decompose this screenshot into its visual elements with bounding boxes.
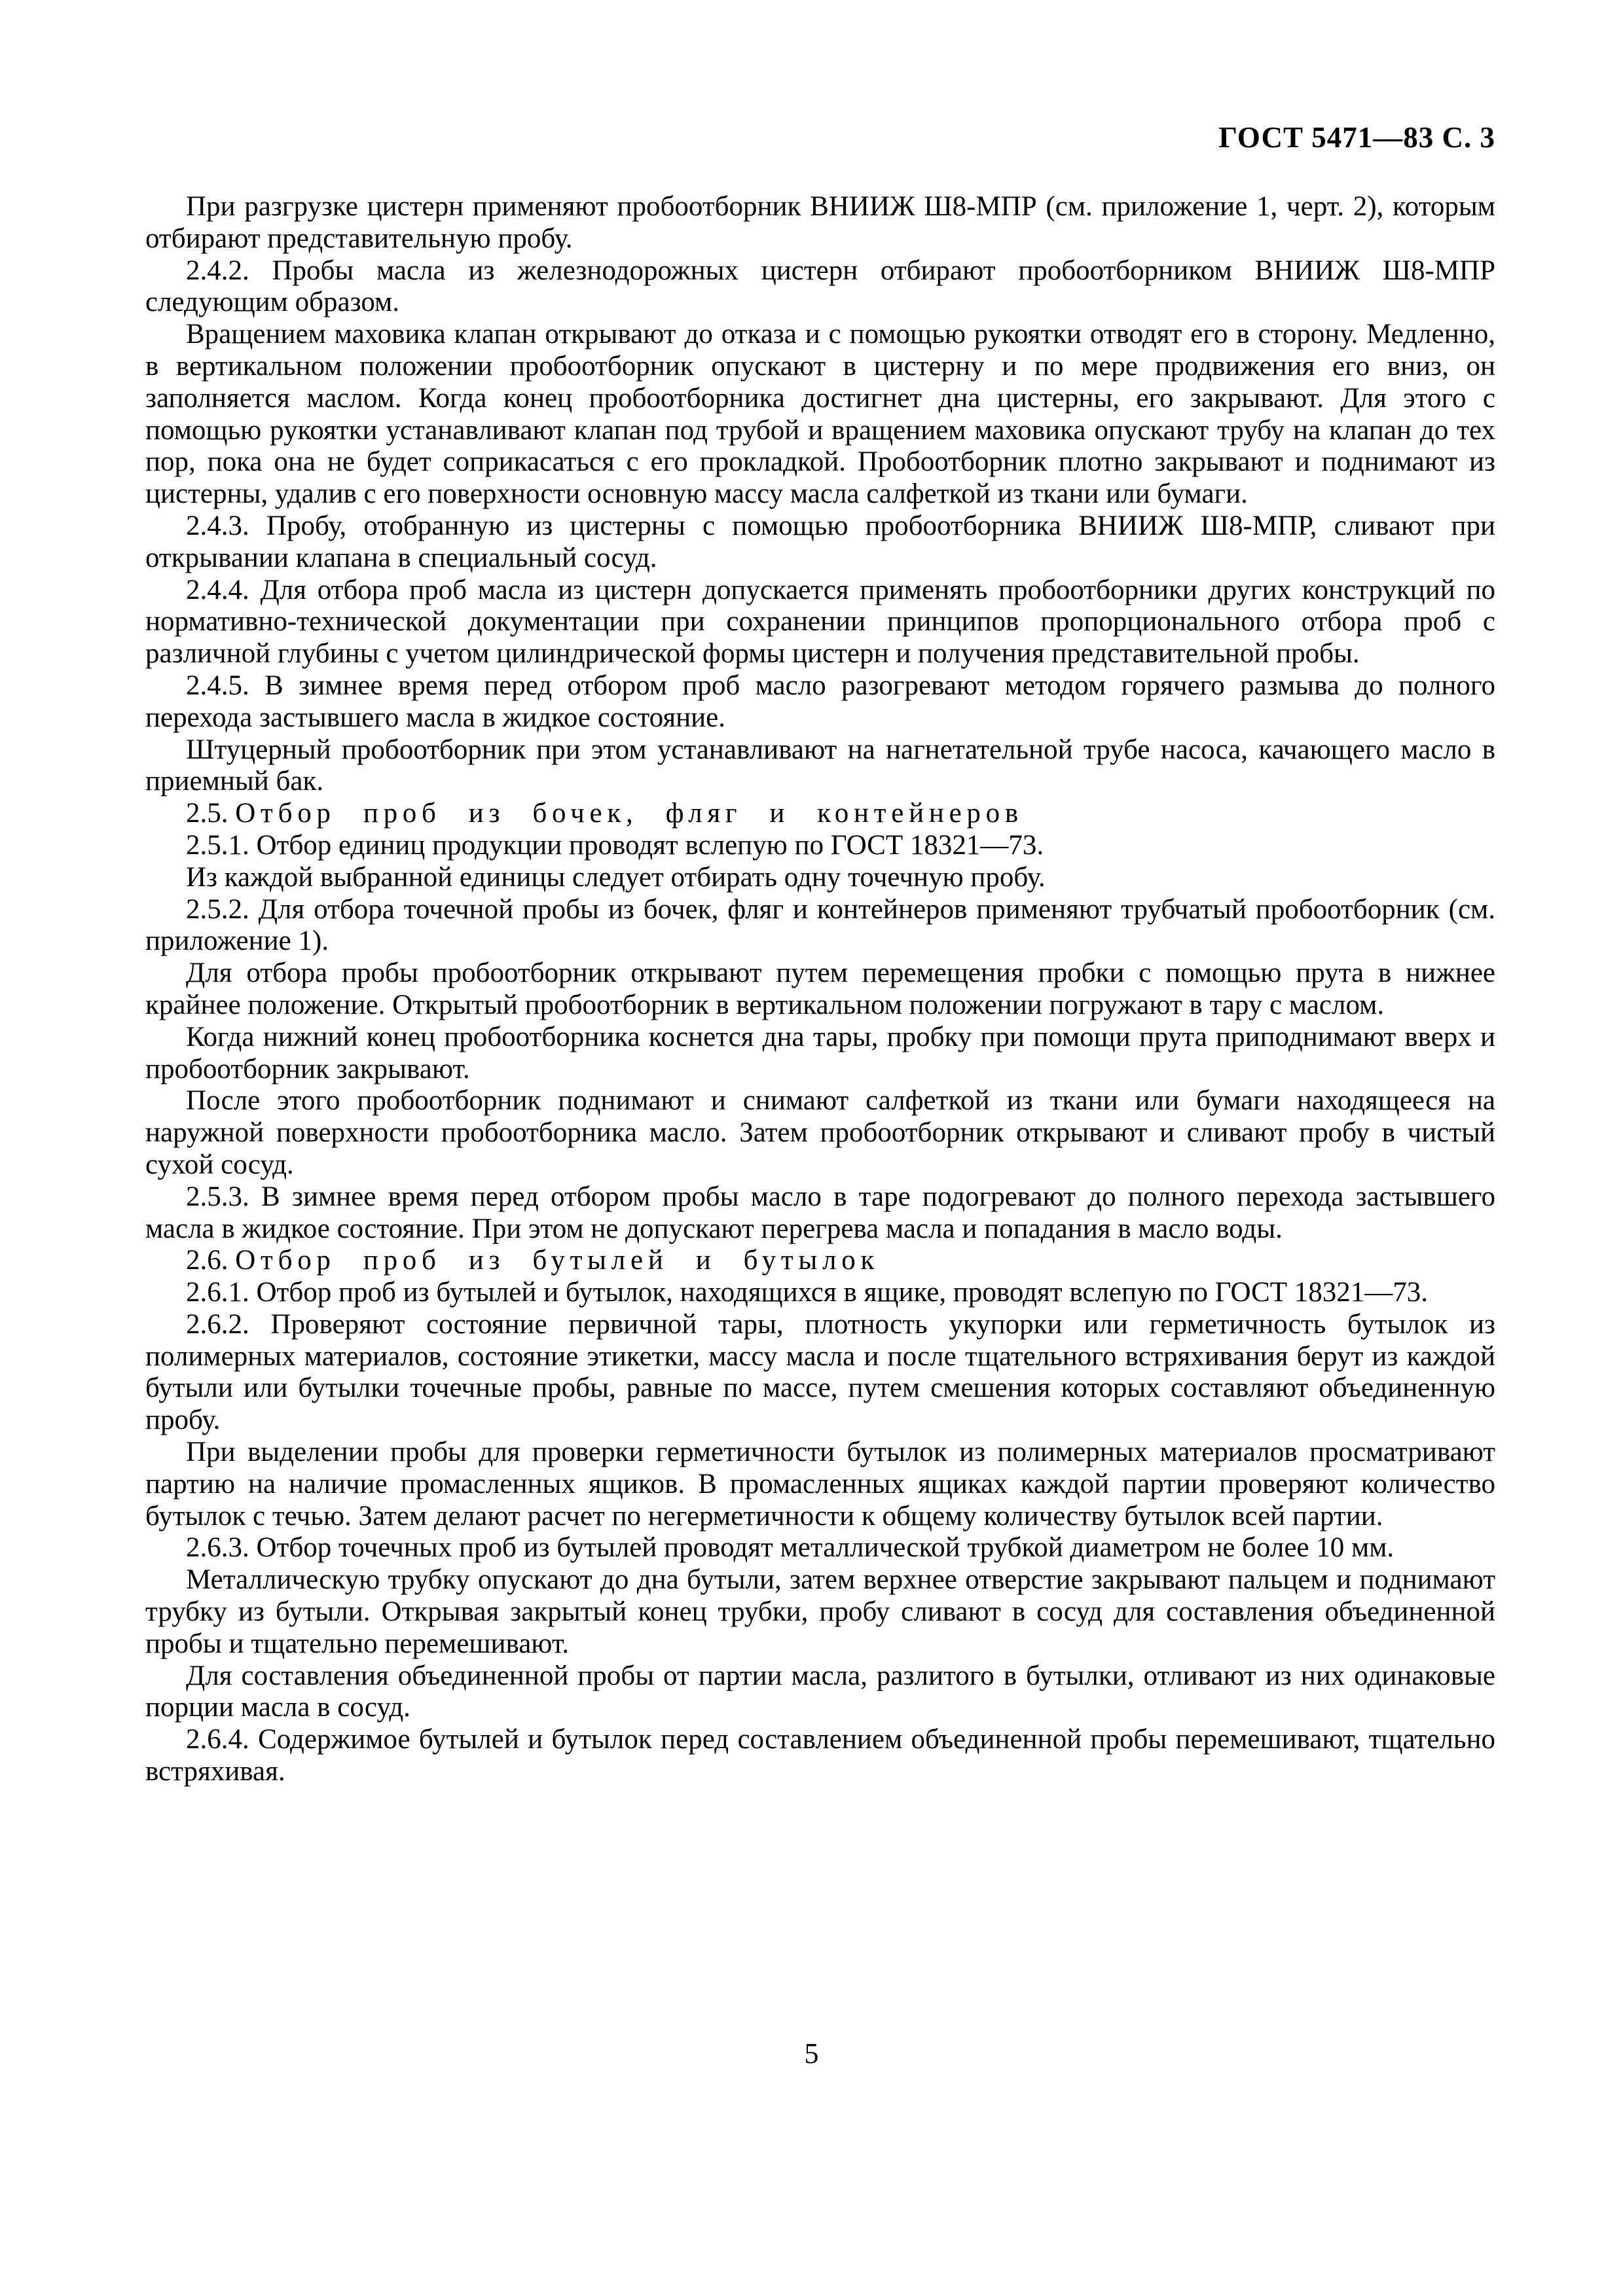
paragraph: Когда нижний конец пробоотборника коснет…: [145, 1022, 1495, 1086]
paragraph: После этого пробоотборник поднимают и сн…: [145, 1085, 1495, 1181]
paragraph: Для составления объединенной пробы от па…: [145, 1660, 1495, 1725]
paragraph: Металлическую трубку опускают до дна бут…: [145, 1564, 1495, 1660]
section-title: Отбор проб из бочек, фляг и контейнеров: [235, 798, 1023, 829]
paragraph: 2.5.2. Для отбора точечной пробы из боче…: [145, 894, 1495, 958]
paragraph: Штуцерный пробоотборник при этом устанав…: [145, 734, 1495, 798]
section-number: 2.6.: [186, 1245, 228, 1276]
document-page: ГОСТ 5471—83 С. 3 При разгрузке цистерн …: [0, 0, 1623, 2296]
document-body: При разгрузке цистерн применяют пробоотб…: [145, 191, 1495, 1788]
paragraph: 2.4.3. Пробу, отобранную из цистерны с п…: [145, 511, 1495, 575]
paragraph: Из каждой выбранной единицы следует отби…: [145, 862, 1495, 894]
document-header-standard-number: ГОСТ 5471—83 С. 3: [145, 120, 1495, 154]
paragraph: 2.6.2. Проверяют состояние первичной тар…: [145, 1309, 1495, 1437]
section-title: Отбор проб из бутылей и бутылок: [235, 1245, 879, 1276]
paragraph: 2.4.4. Для отбора проб масла из цистерн …: [145, 575, 1495, 670]
page-number: 5: [0, 2037, 1623, 2070]
paragraph: 2.4.5. В зимнее время перед отбором проб…: [145, 670, 1495, 734]
paragraph: При разгрузке цистерн применяют пробоотб…: [145, 191, 1495, 255]
paragraph: Для отбора пробы пробоотборник открывают…: [145, 958, 1495, 1022]
paragraph: Вращением маховика клапан открывают до о…: [145, 319, 1495, 511]
paragraph: 2.6.3. Отбор точечных проб из бутылей пр…: [145, 1532, 1495, 1564]
section-heading: 2.5. Отбор проб из бочек, фляг и контейн…: [145, 798, 1495, 830]
paragraph: 2.5.3. В зимнее время перед отбором проб…: [145, 1181, 1495, 1246]
paragraph: 2.5.1. Отбор единиц продукции проводят в…: [145, 830, 1495, 862]
section-heading: 2.6. Отбор проб из бутылей и бутылок: [145, 1245, 1495, 1277]
paragraph: 2.6.4. Содержимое бутылей и бутылок пере…: [145, 1724, 1495, 1788]
paragraph: При выделении пробы для проверки гермети…: [145, 1437, 1495, 1532]
paragraph: 2.4.2. Пробы масла из железнодорожных ци…: [145, 255, 1495, 319]
paragraph: 2.6.1. Отбор проб из бутылей и бутылок, …: [145, 1277, 1495, 1309]
section-number: 2.5.: [186, 798, 228, 829]
